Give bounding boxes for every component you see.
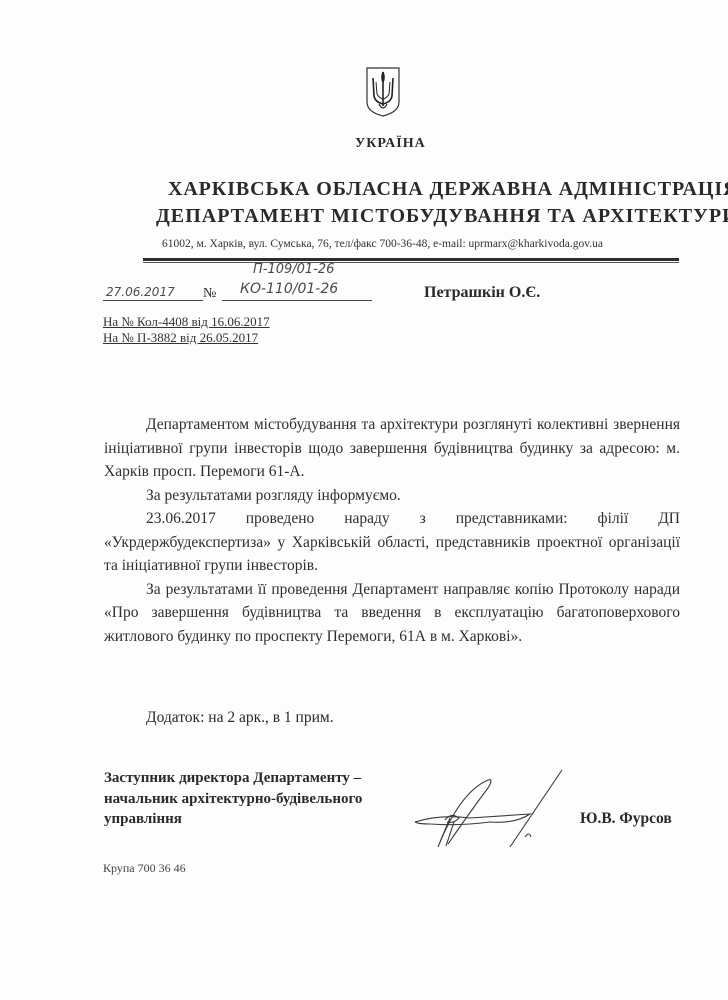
- letter-body: Департаментом містобудування та архітект…: [104, 413, 680, 648]
- signer-name: Ю.В. Фурсов: [580, 810, 672, 828]
- recipient-name: Петрашкін О.Є.: [424, 284, 540, 302]
- body-paragraph: 23.06.2017 проведено нараду з представни…: [104, 507, 680, 578]
- number-underline: [222, 300, 372, 301]
- position-line: управління: [104, 809, 362, 830]
- body-paragraph: За результатами її проведення Департамен…: [104, 578, 680, 649]
- organization-name: ХАРКІВСЬКА ОБЛАСНА ДЕРЖАВНА АДМІНІСТРАЦІ…: [168, 178, 728, 201]
- trident-emblem-icon: [365, 66, 401, 118]
- position-line: начальник архітектурно-будівельного: [104, 789, 362, 810]
- signature-icon: [410, 752, 580, 862]
- header-divider: [143, 258, 679, 263]
- reference-1: На № Кол-4408 від 16.06.2017: [103, 314, 270, 330]
- signer-position: Заступник директора Департаменту – начал…: [104, 768, 362, 830]
- number-sign: №: [203, 286, 216, 302]
- registration-date: 27.06.2017: [106, 285, 175, 299]
- registration-number-bottom: КО-110/01-26: [240, 281, 338, 297]
- executor-contact: Крупа 700 36 46: [103, 861, 186, 876]
- reference-2: На № П-3882 від 26.05.2017: [103, 330, 258, 346]
- body-paragraph: За результатами розгляду інформуємо.: [104, 484, 680, 508]
- body-paragraph: Департаментом містобудування та архітект…: [104, 413, 680, 484]
- attachment-note: Додаток: на 2 арк., в 1 прим.: [146, 709, 334, 727]
- registration-number-top: П-109/01-26: [253, 262, 334, 277]
- department-name: ДЕПАРТАМЕНТ МІСТОБУДУВАННЯ ТА АРХІТЕКТУР…: [156, 205, 728, 228]
- position-line: Заступник директора Департаменту –: [104, 768, 362, 789]
- date-underline: [103, 300, 203, 301]
- country-name: УКРАЇНА: [355, 136, 435, 152]
- contact-address: 61002, м. Харків, вул. Сумська, 76, тел/…: [162, 238, 603, 250]
